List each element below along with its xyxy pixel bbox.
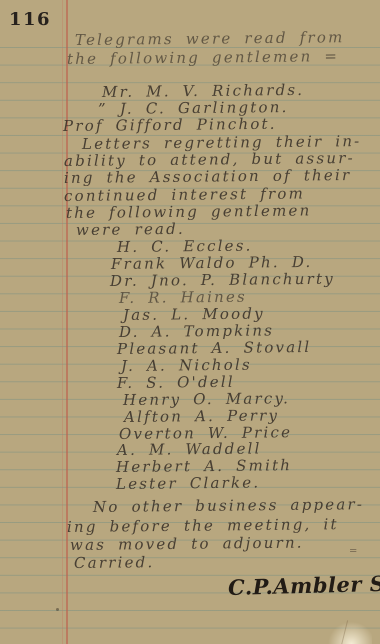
page-number: 116	[9, 9, 51, 30]
handwritten-line: the following gentlemen	[66, 203, 312, 221]
handwritten-line: Herbert A. Smith	[116, 458, 292, 475]
handwritten-line: Alfton A. Perry	[124, 408, 279, 425]
handwritten-line: J. A. Nichols	[121, 358, 252, 374]
handwritten-line: the following gentlemen =	[67, 49, 339, 67]
handwritten-line: A. M. Waddell	[117, 441, 262, 458]
handwritten-line: ing the Association of their	[64, 168, 351, 186]
handwritten-line: Pleasant A. Stovall	[117, 340, 311, 357]
handwritten-line: H. C. Eccles.	[117, 239, 253, 255]
handwritten-line: Henry O. Marcy.	[123, 391, 290, 408]
handwritten-line: Carried.	[74, 555, 155, 571]
handwritten-line: was moved to adjourn.	[70, 536, 304, 553]
handwritten-line: Dr. Jno. P. Blanchurty	[110, 272, 335, 289]
margin-mark: =	[349, 546, 357, 557]
margin-line-outer	[62, 0, 63, 644]
handwritten-line: ing before the meeting, it	[67, 517, 339, 535]
ink-spot	[56, 608, 59, 611]
secretary-signature: C.P.Ambler Sec.	[228, 570, 380, 600]
margin-line	[66, 0, 68, 644]
handwritten-line: D. A. Tompkins	[119, 323, 274, 340]
handwritten-line: No other business appear-	[93, 497, 364, 515]
page-tear	[326, 616, 372, 644]
handwritten-line: Lester Clarke.	[116, 475, 260, 492]
handwritten-line: Prof Gifford Pinchot.	[63, 117, 277, 134]
handwritten-line: Jas. L. Moody	[123, 307, 265, 323]
ledger-minutes-page: 116 Telegrams were read from the followi…	[0, 0, 380, 644]
handwritten-line: were read.	[76, 222, 185, 238]
handwritten-line: F. S. O'dell	[117, 375, 235, 391]
handwritten-line: F. R. Haines	[119, 290, 247, 306]
handwritten-line: Telegrams were read from	[75, 30, 345, 48]
